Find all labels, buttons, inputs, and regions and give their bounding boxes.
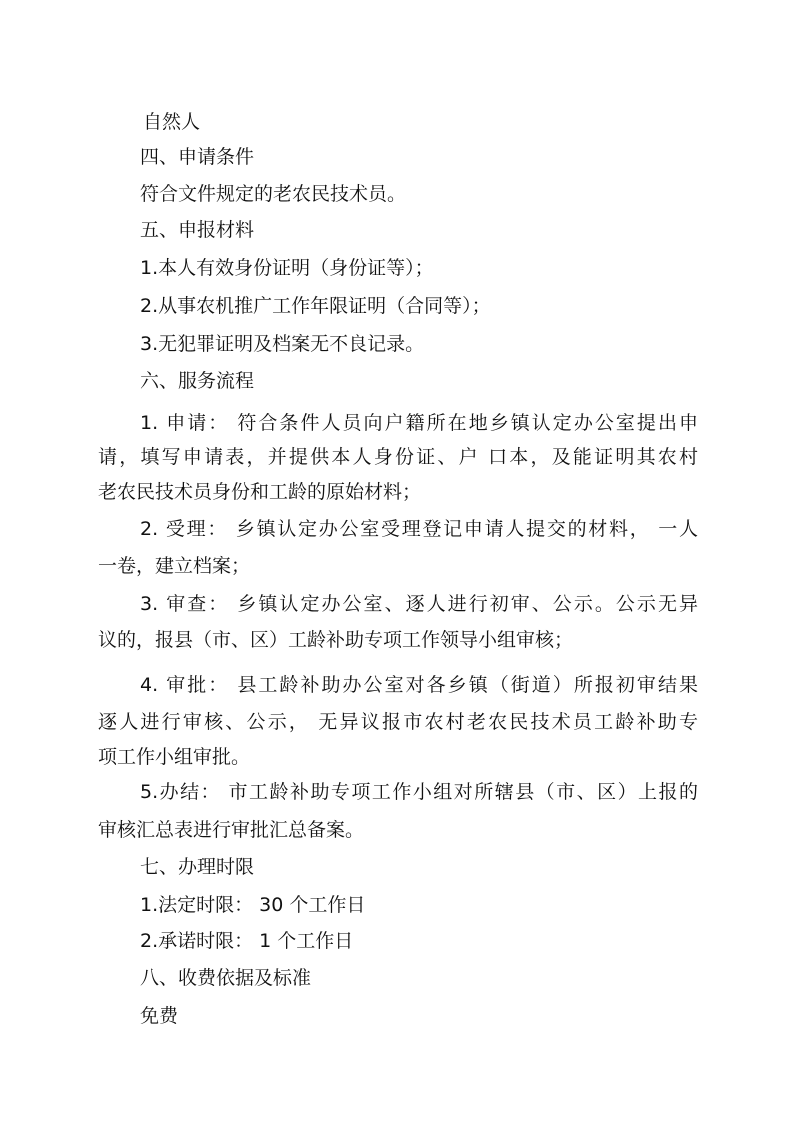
section-5-heading: 五、申报材料 (140, 218, 254, 242)
step-4-line-3: 项工作小组审批。 (98, 745, 250, 769)
step-5-line-1: 5.办结： 市工龄补助专项工作小组对所辖县（市、区）上报的 (140, 780, 698, 804)
section-7-item-1: 1.法定时限： 30 个工作日 (140, 893, 365, 917)
section-4-body: 符合文件规定的老农民技术员。 (140, 182, 406, 206)
applicant-type: 自然人 (143, 110, 200, 134)
step-3-line-2: 议的，报县（市、区）工龄补助专项工作领导小组审核； (98, 628, 573, 652)
section-5-item-2: 2.从事农机推广工作年限证明（合同等）； (140, 294, 491, 318)
section-5-item-1: 1.本人有效身份证明（身份证等）； (140, 256, 434, 280)
step-4-line-2: 逐人进行审核、公示， 无异议报市农村老农民技术员工龄补助专 (98, 710, 698, 734)
step-1-line-2: 请，填写申请表，并提供本人身份证、户 口本，及能证明其农村 (98, 445, 698, 469)
section-8-heading: 八、收费依据及标准 (140, 966, 311, 990)
section-4-heading: 四、申请条件 (140, 145, 254, 169)
section-7-item-2: 2.承诺时限： 1 个工作日 (140, 929, 353, 953)
step-1-line-1: 1. 申请： 符合条件人员向户籍所在地乡镇认定办公室提出申 (140, 411, 698, 435)
step-5-line-2: 审核汇总表进行审批汇总备案。 (98, 818, 364, 842)
step-2-line-1: 2. 受理： 乡镇认定办公室受理登记申请人提交的材料， 一人 (140, 517, 698, 541)
section-5-item-3: 3.无犯罪证明及档案无不良记录。 (140, 332, 424, 356)
section-8-body: 免费 (140, 1004, 178, 1028)
step-4-line-1: 4. 审批： 县工龄补助办公室对各乡镇（街道）所报初审结果 (140, 673, 698, 697)
section-6-heading: 六、服务流程 (140, 369, 254, 393)
section-7-heading: 七、办理时限 (140, 855, 254, 879)
step-3-line-1: 3. 审查： 乡镇认定办公室、逐人进行初审、公示。公示无异 (140, 592, 698, 616)
step-2-line-2: 一卷，建立档案； (98, 554, 250, 578)
step-1-line-3: 老农民技术员身份和工龄的原始材料； (98, 480, 421, 504)
